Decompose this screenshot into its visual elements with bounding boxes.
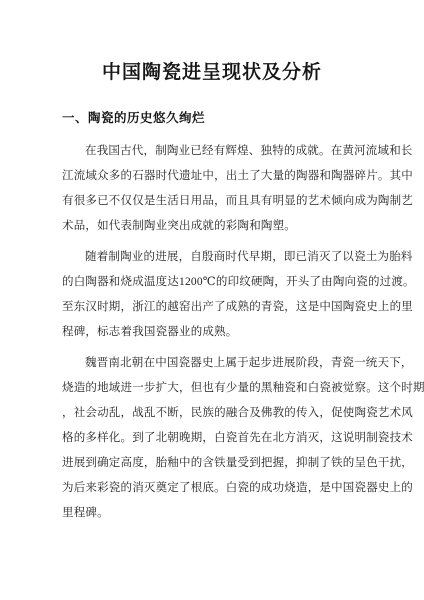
text-line: 术品，如代表制陶业突出成就的彩陶和陶塑。 [62,214,384,239]
text-line: 格的多样化。到了北朝晚期，白瓷首先在北方消灭，这说明制瓷技术 [62,426,384,451]
text-line: 随着制陶业的进展，自殷商时代早期，即已消灭了以瓷土为胎料 [62,245,384,270]
text-line: 为后来彩瓷的消灭奠定了根底。白瓷的成功烧造，是中国瓷器史上的 [62,476,384,501]
text-line: 有很多已不仅仅是生活日用品，而且具有明显的艺术倾向成为陶制艺 [62,189,384,214]
text-line: 至东汉时期，浙江的越窑出产了成熟的青瓷，这是中国陶瓷史上的里 [62,295,384,320]
section-heading: 一、陶瓷的历史悠久绚烂 [62,110,384,126]
text-line: 程碑，标志着我国瓷器业的成熟。 [62,320,384,345]
document-page: 中国陶瓷进呈现状及分析 一、陶瓷的历史悠久绚烂 在我国古代，制陶业已经有辉煌、独… [0,0,424,600]
text-line: 进展到确定高度，胎釉中的含铁量受到把握，抑制了铁的呈色干扰， [62,451,384,476]
text-line: 江流域众多的石器时代遗址中，出土了大量的陶器和陶器碎片。其中 [62,164,384,189]
text-line: 的白陶器和烧成温度达1200℃的印纹硬陶，开头了由陶向瓷的过渡。 [62,270,384,295]
text-line: 魏晋南北朝在中国瓷器史上属于起步进展阶段，青瓷一统天下， [62,351,384,376]
text-line: 烧造的地域进一步扩大，但也有少量的黑釉瓷和白瓷被觉察。这个时期 [62,376,384,401]
text-line: 在我国古代，制陶业已经有辉煌、独特的成就。在黄河流域和长 [62,139,384,164]
text-line: ，社会动乱，战乱不断，民族的融合及佛教的传入，促使陶瓷艺术风 [62,401,384,426]
paragraph-shang-to-han: 随着制陶业的进展，自殷商时代早期，即已消灭了以瓷土为胎料 的白陶器和烧成温度达1… [62,245,384,345]
document-title: 中国陶瓷进呈现状及分析 [40,58,384,88]
paragraph-wei-jin-dynasties: 魏晋南北朝在中国瓷器史上属于起步进展阶段，青瓷一统天下， 烧造的地域进一步扩大，… [62,351,384,526]
text-line: 里程碑。 [62,501,384,526]
paragraph-ancient-pottery: 在我国古代，制陶业已经有辉煌、独特的成就。在黄河流域和长 江流域众多的石器时代遗… [62,139,384,239]
